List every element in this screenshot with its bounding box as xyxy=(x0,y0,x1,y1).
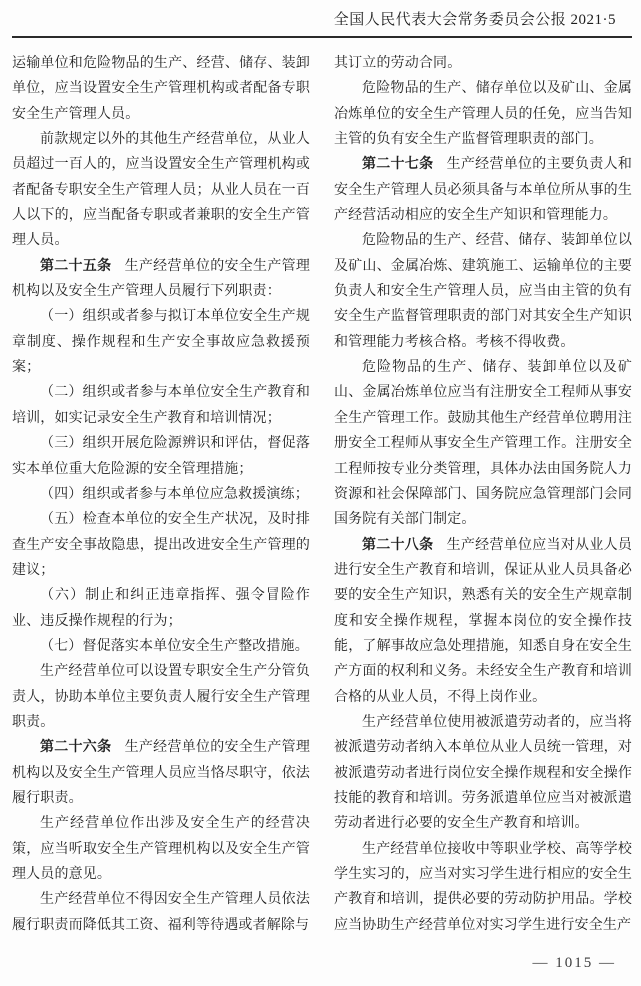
paragraph-text: （三）组织开展危险源辨识和评估，督促落实本单位重大危险源的安全管理措施； xyxy=(12,436,310,476)
paragraph: 生产经营单位使用被派遣劳动者的，应当将被派遣劳动者纳入本单位从业人员统一管理，对… xyxy=(334,710,632,837)
paragraph-text: 生产经营单位可以设置专职安全生产分管负责人，协助本单位主要负责人履行安全生产管理… xyxy=(12,664,310,730)
article-number: 第二十六条 xyxy=(40,740,111,755)
article-number: 第二十五条 xyxy=(40,259,111,274)
paragraph-text: 生产经营单位使用被派遣劳动者的，应当将被派遣劳动者纳入本单位从业人员统一管理，对… xyxy=(334,715,632,831)
article-number: 第二十八条 xyxy=(362,538,433,553)
paragraph: 第二十七条生产经营单位的主要负责人和安全生产管理人员必须具备与本单位所从事的生产… xyxy=(334,152,632,228)
paragraph: （一）组织或者参与拟订本单位安全生产规章制度、操作规程和生产安全事故应急救援预案… xyxy=(12,304,310,380)
paragraph: 第二十五条生产经营单位的安全生产管理机构以及安全生产管理人员履行下列职责： xyxy=(12,254,310,305)
paragraph-text: 生产经营单位不得因安全生产管理人员依法履行职责而降低其工资、福利等待遇或者解除与 xyxy=(12,892,310,932)
right-column: 其订立的劳动合同。 危险物品的生产、储存单位以及矿山、金属冶炼单位的安全生产管理… xyxy=(334,51,632,945)
paragraph-text: （四）组织或者参与本单位应急救援演练； xyxy=(40,487,309,502)
paragraph-text: 危险物品的生产、储存、装卸单位以及矿山、金属冶炼单位应当有注册安全工程师从事安全… xyxy=(334,360,632,527)
paragraph: （五）检查本单位的安全生产状况，及时排查生产安全事故隐患，提出改进安全生产管理的… xyxy=(12,507,310,583)
paragraph: （四）组织或者参与本单位应急救援演练； xyxy=(12,482,310,507)
paragraph-text: （五）检查本单位的安全生产状况，及时排查生产安全事故隐患，提出改进安全生产管理的… xyxy=(12,512,310,578)
header-rule xyxy=(12,36,632,38)
paragraph: （七）督促落实本单位安全生产整改措施。 xyxy=(12,634,310,659)
paragraph: 生产经营单位可以设置专职安全生产分管负责人，协助本单位主要负责人履行安全生产管理… xyxy=(12,659,310,735)
gazette-page: 全国人民代表大会常务委员会公报 2021·5 运输单位和危险物品的生产、经营、储… xyxy=(0,0,641,986)
paragraph: 生产经营单位不得因安全生产管理人员依法履行职责而降低其工资、福利等待遇或者解除与 xyxy=(12,887,310,938)
paragraph-text: （一）组织或者参与拟订本单位安全生产规章制度、操作规程和生产安全事故应急救援预案… xyxy=(12,309,310,375)
paragraph: 生产经营单位作出涉及安全生产的经营决策，应当听取安全生产管理机构以及安全生产管理… xyxy=(12,811,310,887)
paragraph: 危险物品的生产、储存单位以及矿山、金属冶炼单位的安全生产管理人员的任免，应当告知… xyxy=(334,76,632,152)
paragraph: 第二十六条生产经营单位的安全生产管理机构以及安全生产管理人员应当恪尽职守，依法履… xyxy=(12,735,310,811)
paragraph: 前款规定以外的其他生产经营单位，从业人员超过一百人的，应当设置安全生产管理机构或… xyxy=(12,127,310,254)
paragraph: 危险物品的生产、经营、储存、装卸单位以及矿山、金属冶炼、建筑施工、运输单位的主要… xyxy=(334,228,632,355)
paragraph-text: （二）组织或者参与本单位安全生产教育和培训，如实记录安全生产教育和培训情况； xyxy=(12,385,310,425)
paragraph-text: 生产经营单位作出涉及安全生产的经营决策，应当听取安全生产管理机构以及安全生产管理… xyxy=(12,816,310,882)
two-column-body: 运输单位和危险物品的生产、经营、储存、装卸单位，应当设置安全生产管理机构或者配备… xyxy=(12,51,632,945)
paragraph: 运输单位和危险物品的生产、经营、储存、装卸单位，应当设置安全生产管理机构或者配备… xyxy=(12,51,310,127)
paragraph: 第二十八条生产经营单位应当对从业人员进行安全生产教育和培训，保证从业人员具备必要… xyxy=(334,533,632,710)
page-header: 全国人民代表大会常务委员会公报 2021·5 xyxy=(12,0,632,38)
paragraph: （六）制止和纠正违章指挥、强令冒险作业、违反操作规程的行为； xyxy=(12,583,310,634)
header-title: 全国人民代表大会常务委员会公报 2021·5 xyxy=(12,8,632,29)
page-number: — 1015 — xyxy=(533,955,617,972)
paragraph-text: 生产经营单位应当对从业人员进行安全生产教育和培训，保证从业人员具备必要的安全生产… xyxy=(334,538,632,705)
page-footer: — 1015 — xyxy=(12,954,632,972)
paragraph-text: 运输单位和危险物品的生产、经营、储存、装卸单位，应当设置安全生产管理机构或者配备… xyxy=(12,56,310,122)
paragraph-text: 危险物品的生产、储存单位以及矿山、金属冶炼单位的安全生产管理人员的任免，应当告知… xyxy=(334,81,632,147)
paragraph: 危险物品的生产、储存、装卸单位以及矿山、金属冶炼单位应当有注册安全工程师从事安全… xyxy=(334,355,632,532)
paragraph: 生产经营单位接收中等职业学校、高等学校学生实习的，应当对实习学生进行相应的安全生… xyxy=(334,837,632,938)
paragraph: 其订立的劳动合同。 xyxy=(334,51,632,76)
paragraph-text: 其订立的劳动合同。 xyxy=(334,56,461,71)
paragraph-text: 生产经营单位接收中等职业学校、高等学校学生实习的，应当对实习学生进行相应的安全生… xyxy=(334,842,632,933)
left-column: 运输单位和危险物品的生产、经营、储存、装卸单位，应当设置安全生产管理机构或者配备… xyxy=(12,51,310,945)
paragraph: （三）组织开展危险源辨识和评估，督促落实本单位重大危险源的安全管理措施； xyxy=(12,431,310,482)
paragraph-text: （六）制止和纠正违章指挥、强令冒险作业、违反操作规程的行为； xyxy=(12,588,310,628)
article-number: 第二十七条 xyxy=(362,157,433,172)
paragraph-text: 危险物品的生产、经营、储存、装卸单位以及矿山、金属冶炼、建筑施工、运输单位的主要… xyxy=(334,233,632,349)
paragraph: （二）组织或者参与本单位安全生产教育和培训，如实记录安全生产教育和培训情况； xyxy=(12,380,310,431)
paragraph-text: （七）督促落实本单位安全生产整改措施。 xyxy=(40,639,309,654)
paragraph-text: 前款规定以外的其他生产经营单位，从业人员超过一百人的，应当设置安全生产管理机构或… xyxy=(12,132,310,248)
